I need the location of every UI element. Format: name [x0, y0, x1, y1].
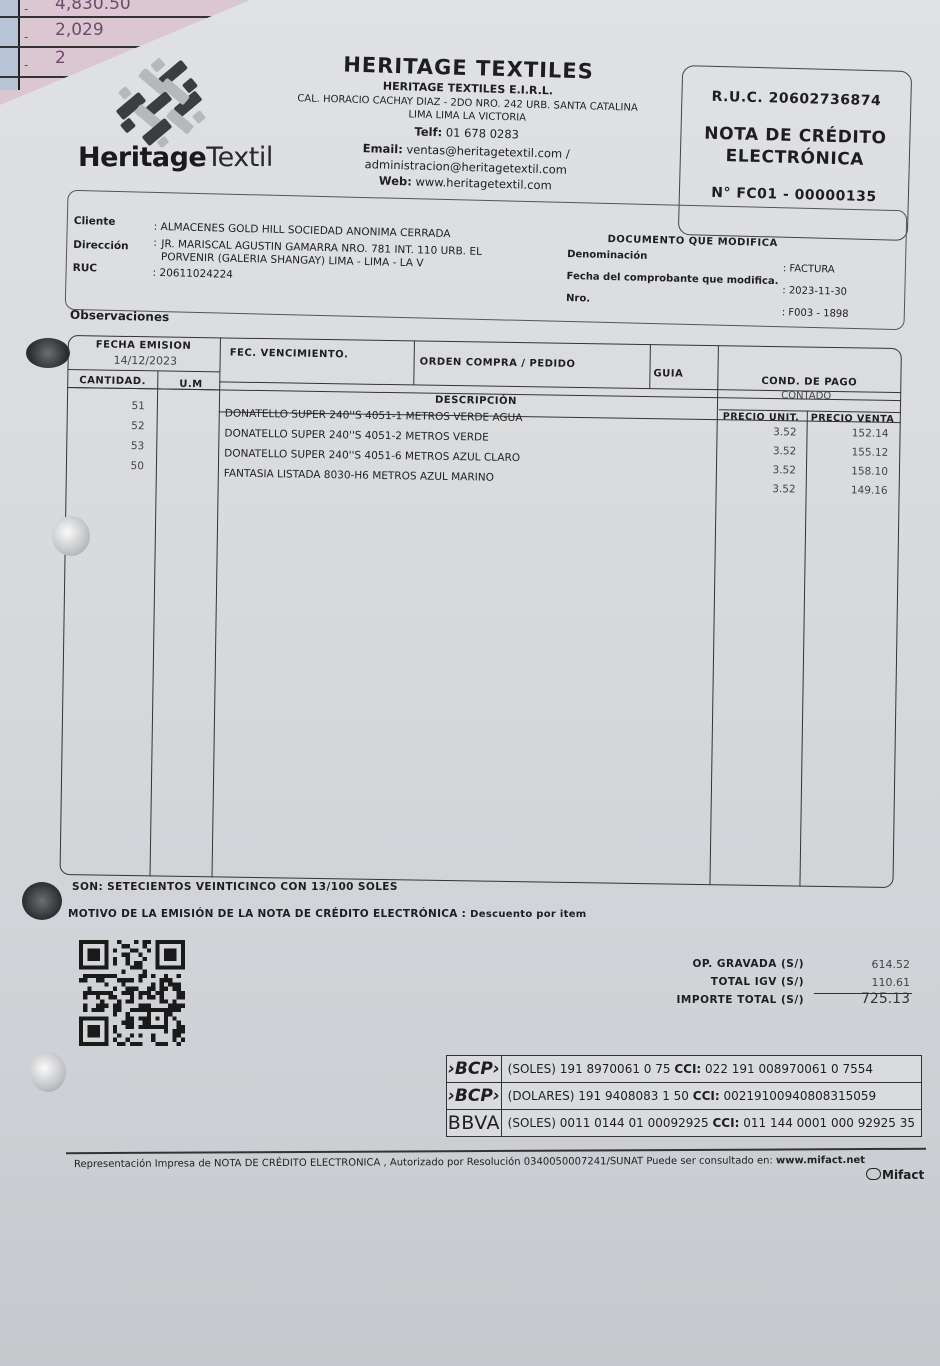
spreadsheet-dash: -	[24, 30, 28, 44]
bank-account: (SOLES) 0011 0144 01 00092925 CCI: 011 1…	[501, 1110, 921, 1137]
bank-account: (SOLES) 191 8970061 0 75 CCI: 022 191 00…	[501, 1056, 921, 1083]
document-number: N° FC01 - 00000135	[680, 184, 908, 206]
credit-note-document: HeritageTextil HERITAGE TEXTILES HERITAG…	[0, 0, 940, 1366]
motivo-label: MOTIVO DE LA EMISIÓN DE LA NOTA DE CRÉDI…	[68, 908, 466, 920]
row-precio-unit: 3.52	[716, 444, 796, 457]
items-table: FECHA EMISION 14/12/2023 FEC. VENCIMIENT…	[60, 335, 904, 888]
email-label: Email:	[363, 141, 403, 156]
amount-in-words: SON: SETECIENTOS VEINTICINCO CON 13/100 …	[72, 881, 398, 893]
spreadsheet-cell: 2,029	[55, 20, 104, 40]
punch-hole	[30, 1052, 66, 1092]
punch-hole	[22, 882, 62, 920]
footer-divider	[66, 1148, 926, 1155]
bcp-logo-icon: ›BCP›	[447, 1083, 502, 1110]
cond-pago-label: COND. DE PAGO	[761, 376, 857, 389]
denominacion-label: Denominación	[567, 249, 647, 262]
phone-label: Telf:	[414, 125, 442, 140]
cond-pago-value: CONTADO	[781, 390, 831, 402]
fecha-modifica-value: : 2023-11-30	[782, 284, 847, 299]
footer-legal-text: Representación Impresa de NOTA DE CRÉDIT…	[74, 1155, 865, 1170]
ruc-label: RUC	[73, 262, 98, 275]
account-number: (SOLES) 191 8970061 0 75	[508, 1062, 671, 1076]
account-number: (SOLES) 0011 0144 01 00092925	[508, 1116, 709, 1130]
web-value: www.heritagetextil.com	[415, 175, 552, 193]
bank-row: ›BCP› (DOLARES) 191 9408083 1 50 CCI: 00…	[447, 1083, 922, 1110]
cci-label: CCI:	[693, 1089, 720, 1103]
motivo-value: Descuento por item	[470, 909, 586, 920]
ruc-value: : 20611024224	[152, 267, 233, 282]
cliente-label: Cliente	[74, 215, 116, 228]
mifact-link[interactable]: www.mifact.net	[776, 1155, 865, 1166]
mifact-logo-icon	[866, 1168, 881, 1180]
bank-accounts-table: ›BCP› (SOLES) 191 8970061 0 75 CCI: 022 …	[446, 1055, 922, 1137]
op-gravada-row: OP. GRAVADA (S/) 614.52	[660, 958, 912, 976]
cci-label: CCI:	[713, 1116, 740, 1130]
totals-section: OP. GRAVADA (S/) 614.52 TOTAL IGV (S/) 1…	[660, 958, 912, 1012]
account-number: (DOLARES) 191 9408083 1 50	[508, 1089, 689, 1103]
mifact-brand: Mifact	[866, 1168, 924, 1182]
direccion-colon: :	[153, 237, 157, 250]
bank-account: (DOLARES) 191 9408083 1 50 CCI: 00219100…	[501, 1083, 921, 1110]
col-um: U.M	[179, 379, 203, 390]
row-cantidad: 53	[66, 439, 144, 452]
direccion-label: Dirección	[73, 239, 129, 252]
cci-label: CCI:	[674, 1062, 701, 1076]
denominacion-value: : FACTURA	[783, 262, 835, 276]
row-precio-venta: 149.16	[808, 484, 888, 497]
igv-value: 110.61	[872, 976, 911, 989]
web-label: Web:	[379, 174, 412, 189]
importe-total-label: IMPORTE TOTAL (S/)	[677, 994, 804, 1006]
spreadsheet-gridline	[0, 16, 240, 18]
col-descripcion: DESCRIPCIÓN	[435, 395, 517, 407]
nro-value: : F003 - 1898	[782, 306, 849, 321]
footer-text: Representación Impresa de NOTA DE CRÉDIT…	[74, 1155, 773, 1170]
col-precio-unit: PRECIO UNIT.	[723, 411, 800, 423]
row-cantidad: 51	[67, 399, 145, 412]
punch-hole	[52, 516, 90, 556]
op-gravada-label: OP. GRAVADA (S/)	[693, 958, 805, 970]
spreadsheet-cell: 2	[55, 48, 66, 68]
fecha-emision-value: 14/12/2023	[114, 354, 178, 368]
qr-code-icon	[78, 940, 186, 1046]
row-precio-unit: 3.52	[716, 463, 796, 476]
punch-hole	[26, 338, 70, 368]
col-precio-venta: PRECIO VENTA	[811, 413, 895, 425]
mifact-brand-text: Mifact	[882, 1168, 924, 1182]
row-cantidad: 50	[66, 459, 144, 472]
cci-number: 022 191 008970061 0 7554	[705, 1062, 873, 1076]
row-precio-venta: 152.14	[808, 427, 888, 440]
fecha-emision-label: FECHA EMISION	[96, 339, 192, 351]
observaciones-label: Observaciones	[70, 308, 170, 324]
bcp-logo-icon: ›BCP›	[447, 1056, 502, 1083]
cci-number: 011 144 0001 000 92925 35	[743, 1116, 915, 1130]
row-precio-venta: 158.10	[808, 465, 888, 478]
phone-value: 01 678 0283	[446, 125, 520, 141]
op-gravada-value: 614.52	[872, 958, 911, 971]
row-cantidad: 52	[66, 419, 144, 432]
bank-row: ›BCP› (SOLES) 191 8970061 0 75 CCI: 022 …	[447, 1056, 922, 1083]
bbva-logo-icon: BBVA	[447, 1110, 502, 1137]
fecha-modifica-label: Fecha del comprobante que modifica.	[566, 271, 778, 287]
logo-bold: Heritage	[78, 142, 206, 173]
row-precio-unit: 3.52	[716, 482, 796, 495]
client-info-box: Cliente : ALMACENES GOLD HILL SOCIEDAD A…	[65, 190, 908, 330]
spreadsheet-dash: -	[24, 2, 28, 16]
igv-label: TOTAL IGV (S/)	[711, 976, 804, 988]
col-cantidad: CANTIDAD.	[79, 375, 146, 387]
row-precio-venta: 155.12	[808, 446, 888, 459]
guia-label: GUIA	[653, 368, 683, 379]
doc-modifica-heading: DOCUMENTO QUE MODIFICA	[607, 234, 777, 249]
nro-label: Nro.	[566, 293, 590, 305]
emission-reason: MOTIVO DE LA EMISIÓN DE LA NOTA DE CRÉDI…	[68, 908, 587, 920]
heritage-logo-text: HeritageTextil	[78, 142, 273, 173]
spreadsheet-dash: -	[24, 58, 28, 72]
fec-vencimiento-label: FEC. VENCIMIENTO.	[230, 348, 349, 361]
issuer-ruc: R.U.C. 20602736874	[682, 88, 910, 110]
row-precio-unit: 3.52	[716, 425, 796, 438]
bank-row: BBVA (SOLES) 0011 0144 01 00092925 CCI: …	[447, 1110, 922, 1137]
importe-total-value: 725.13	[861, 991, 910, 1007]
company-header: HERITAGE TEXTILES HERITAGE TEXTILES E.I.…	[260, 50, 674, 196]
cci-number: 00219100940808315059	[723, 1089, 876, 1103]
importe-total-row: IMPORTE TOTAL (S/) 725.13	[660, 994, 912, 1012]
spreadsheet-cell: 4,830.50	[55, 0, 131, 14]
heritage-logo-icon	[112, 58, 204, 146]
